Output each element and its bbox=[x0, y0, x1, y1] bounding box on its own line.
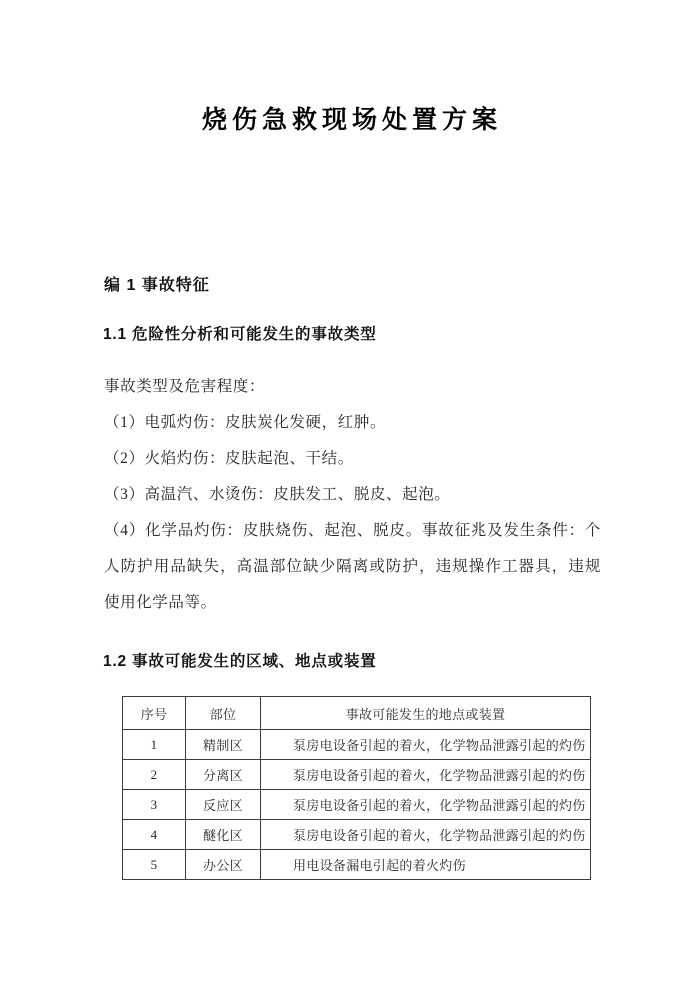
paragraph-item-1: （1）电弧灼伤：皮肤炭化发硬，红肿。 bbox=[104, 405, 601, 441]
paragraph-item-2: （2）火焰灼伤：皮肤起泡、干结。 bbox=[104, 441, 601, 477]
cell-location: 泵房电设备引起的着火，化学物品泄露引起的灼伤 bbox=[261, 730, 591, 760]
table-header-location: 事故可能发生的地点或装置 bbox=[261, 697, 591, 730]
table-row: 5 办公区 用电设备漏电引起的着火灼伤 bbox=[123, 850, 591, 880]
cell-area: 精制区 bbox=[186, 730, 261, 760]
cell-location: 用电设备漏电引起的着火灼伤 bbox=[261, 850, 591, 880]
cell-location: 泵房电设备引起的着火，化学物品泄露引起的灼伤 bbox=[261, 820, 591, 850]
table-header-seq: 序号 bbox=[123, 697, 186, 730]
cell-seq: 3 bbox=[123, 790, 186, 820]
cell-location: 泵房电设备引起的着火，化学物品泄露引起的灼伤 bbox=[261, 760, 591, 790]
table-row: 2 分离区 泵房电设备引起的着火，化学物品泄露引起的灼伤 bbox=[123, 760, 591, 790]
section-1-1-heading: 1.1 危险性分析和可能发生的事故类型 bbox=[103, 322, 377, 344]
paragraph-item-4: （4）化学品灼伤：皮肤烧伤、起泡、脱皮。事故征兆及发生条件：个人防护用品缺失，高… bbox=[104, 513, 601, 621]
cell-seq: 1 bbox=[123, 730, 186, 760]
table-row: 4 醚化区 泵房电设备引起的着火，化学物品泄露引起的灼伤 bbox=[123, 820, 591, 850]
table-header-area: 部位 bbox=[186, 697, 261, 730]
cell-area: 办公区 bbox=[186, 850, 261, 880]
table-header-row: 序号 部位 事故可能发生的地点或装置 bbox=[123, 697, 591, 730]
paragraph-hazard-intro: 事故类型及危害程度： bbox=[104, 369, 601, 405]
cell-area: 分离区 bbox=[186, 760, 261, 790]
cell-area: 反应区 bbox=[186, 790, 261, 820]
cell-seq: 4 bbox=[123, 820, 186, 850]
cell-location: 泵房电设备引起的着火，化学物品泄露引起的灼伤 bbox=[261, 790, 591, 820]
document-page: 烧伤急救现场处置方案 编 1 事故特征 1.1 危险性分析和可能发生的事故类型 … bbox=[0, 0, 700, 990]
accident-locations-table: 序号 部位 事故可能发生的地点或装置 1 精制区 泵房电设备引起的着火，化学物品… bbox=[122, 696, 591, 880]
cell-seq: 2 bbox=[123, 760, 186, 790]
section-1-1-body: 事故类型及危害程度： （1）电弧灼伤：皮肤炭化发硬，红肿。 （2）火焰灼伤：皮肤… bbox=[104, 369, 601, 621]
cell-area: 醚化区 bbox=[186, 820, 261, 850]
table-row: 3 反应区 泵房电设备引起的着火，化学物品泄露引起的灼伤 bbox=[123, 790, 591, 820]
table-row: 1 精制区 泵房电设备引起的着火，化学物品泄露引起的灼伤 bbox=[123, 730, 591, 760]
cell-seq: 5 bbox=[123, 850, 186, 880]
section-1-2-heading: 1.2 事故可能发生的区域、地点或装置 bbox=[103, 649, 377, 671]
paragraph-item-3: （3）高温汽、水烫伤：皮肤发工、脱皮、起泡。 bbox=[104, 477, 601, 513]
chapter-heading: 编 1 事故特征 bbox=[104, 272, 210, 295]
document-title: 烧伤急救现场处置方案 bbox=[104, 100, 600, 136]
